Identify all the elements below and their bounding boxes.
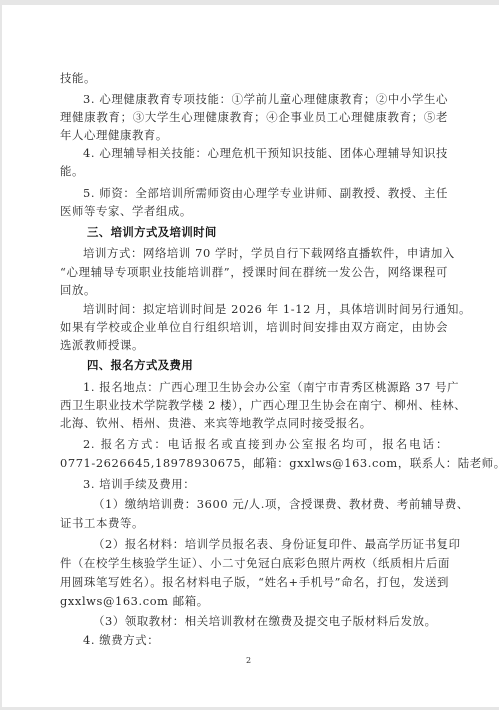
fee-line: （1）缴纳培训费：3600 元/人.项，含授课费、教材费、考前辅导费、 bbox=[93, 497, 448, 511]
email-line: gxxlws@163.com 邮箱。 bbox=[60, 594, 209, 608]
paragraph-line: 西卫生职业技术学院教学楼 2 楼），广西心理卫生协会在南宁、柳州、桂林、 bbox=[60, 398, 448, 412]
paragraph-line: 培训方式：网络培训 70 学时，学员自行下载网络直播软件，申请加入 bbox=[83, 246, 448, 260]
paragraph-line: 年人心理健康教育。 bbox=[60, 128, 168, 142]
paragraph-line: “心理辅导专项职业技能培训群”，授课时间在群统一发公告，网络课程可 bbox=[60, 265, 448, 279]
section-heading-training-method: 三、培训方式及培训时间 bbox=[87, 225, 217, 239]
page-number: 2 bbox=[246, 656, 251, 665]
contact-info-line: 0771-2626645,18978930675，邮箱：gxxlws@163.c… bbox=[60, 456, 448, 470]
section-heading-registration: 四、报名方式及费用 bbox=[87, 358, 193, 372]
paragraph-line: 3. 心理健康教育专项技能：①学前儿童心理健康教育；②中小学生心 bbox=[83, 92, 448, 106]
paragraph-line: 医师等专家、学者组成。 bbox=[60, 204, 192, 218]
paragraph-line: 2. 报名方式：电话报名或直接到办公室报名均可，报名电话： bbox=[83, 437, 448, 451]
paragraph-line: 1. 报名地点：广西心理卫生协会办公室（南宁市青秀区桃源路 37 号广 bbox=[83, 380, 448, 394]
paragraph-line: （3）领取教材：相关培训教材在缴费及提交电子版材料后发放。 bbox=[93, 614, 437, 628]
paragraph-line: 用圆珠笔写姓名）。报名材料电子版，“姓名+手机号”命名，打包，发送到 bbox=[60, 575, 448, 589]
paragraph-line: 理健康教育；③大学生心理健康教育；④企事业员工心理健康教育；⑤老 bbox=[60, 110, 448, 124]
paragraph-line: 件（在校学生核验学生证）、小二寸免冠白底彩色照片两枚（纸质相片后面 bbox=[60, 556, 448, 570]
paragraph-line: 3. 培训手续及费用： bbox=[83, 477, 195, 491]
paragraph-line: 北海、钦州、梧州、贵港、来宾等地教学点同时接受报名。 bbox=[60, 416, 372, 430]
paragraph-line: 证书工本费等。 bbox=[60, 516, 144, 530]
paragraph-line: 选派教师授课。 bbox=[60, 338, 144, 352]
paragraph-line: 能。 bbox=[60, 164, 84, 178]
paragraph-line: 如果有学校或企业单位自行组织培训，培训时间安排由双方商定，由协会 bbox=[60, 320, 448, 334]
document-page: 技能。 3. 心理健康教育专项技能：①学前儿童心理健康教育；②中小学生心 理健康… bbox=[2, 5, 499, 707]
paragraph-line: 4. 缴费方式： bbox=[83, 633, 159, 647]
paragraph-line: 培训时间：拟定培训时间是 2026 年 1-12 月，具体培训时间另行通知。 bbox=[83, 302, 448, 316]
paragraph-line: 技能。 bbox=[60, 71, 96, 85]
paragraph-line: 4. 心理辅导相关技能：心理危机干预知识技能、团体心理辅导知识技 bbox=[83, 146, 448, 160]
paragraph-line: 5. 师资：全部培训所需师资由心理学专业讲师、副教授、教授、主任 bbox=[83, 186, 448, 200]
paragraph-line: 回放。 bbox=[60, 283, 96, 297]
paragraph-line: （2）报名材料：培训学员报名表、身份证复印件、最高学历证书复印 bbox=[93, 537, 448, 551]
